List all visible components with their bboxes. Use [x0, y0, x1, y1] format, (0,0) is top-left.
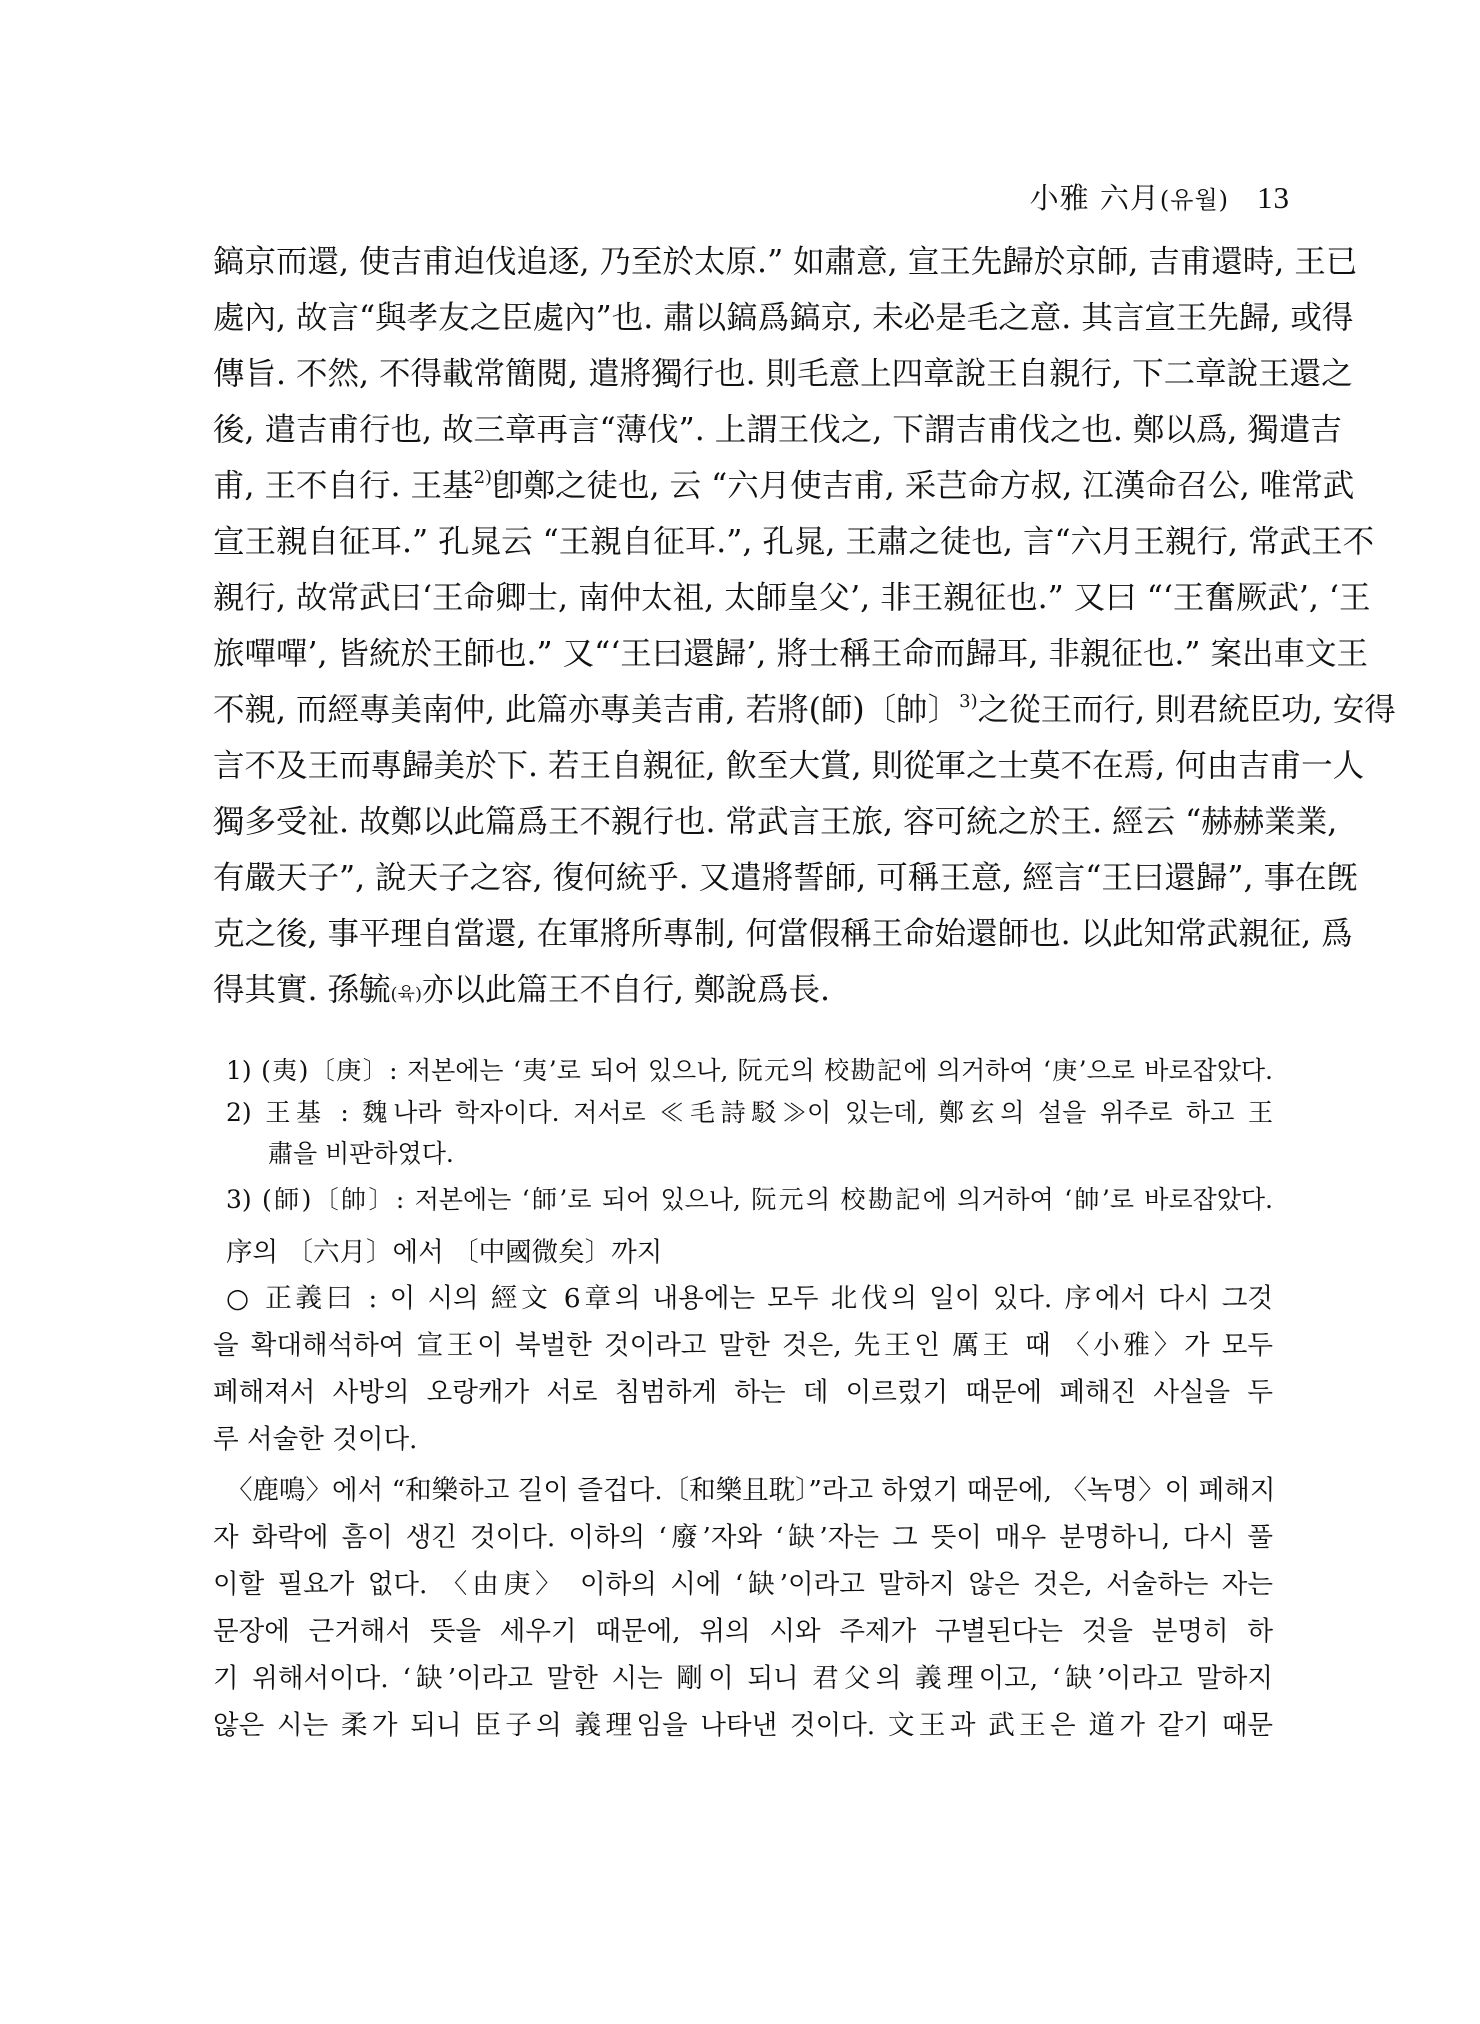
- text-segment: 之從王而行, 則君統臣功, 安得: [978, 692, 1396, 728]
- running-header: 小雅 六月(유월)13: [1030, 176, 1290, 217]
- footnote-ref-3[interactable]: 3): [959, 691, 977, 712]
- paragraph-1-line: 폐해져서 사방의 오랑캐가 서로 침범하게 하는 데 이르렀기 때문에 폐해진 …: [213, 1374, 1273, 1412]
- text-line: 鎬京而還, 使吉甫迫伐追逐, 乃至於太原.” 如肅意, 宣王先歸於京師, 吉甫還…: [213, 240, 1273, 284]
- header-title: 小雅 六月: [1030, 181, 1160, 215]
- footnote-ref-2[interactable]: 2): [474, 467, 492, 488]
- paragraph-2-line: 자 화락에 흠이 생긴 것이다. 이하의 ‘廢’자와 ‘缺’자는 그 뜻이 매우…: [213, 1519, 1273, 1557]
- pronunciation-gloss: (육): [391, 984, 422, 1005]
- paragraph-1-line: 루 서술한 것이다.: [213, 1421, 1273, 1459]
- footnote-marker: 1): [226, 1056, 252, 1085]
- footnote-marker: 3): [226, 1185, 252, 1214]
- text-line: 克之後, 事平理自當還, 在軍將所專制, 何當假稱王命始還師也. 以此知常武親征…: [213, 912, 1273, 956]
- text-line-last: 得其實. 孫毓(육)亦以此篇王不自行, 鄭說爲長.: [213, 968, 1273, 1012]
- text-line: 宣王親自征耳.” 孔晁云 “王親自征耳.”, 孔晁, 王肅之徒也, 言“六月王親…: [213, 520, 1273, 564]
- footnote-text: 王基 : 魏나라 학자이다. 저서로 ≪毛詩駁≫이 있는데, 鄭玄의 설을 위주…: [265, 1098, 1273, 1127]
- footnote-2: 2) 王基 : 魏나라 학자이다. 저서로 ≪毛詩駁≫이 있는데, 鄭玄의 설을…: [226, 1096, 1273, 1130]
- paragraph-2-line: 문장에 근거해서 뜻을 세우기 때문에, 위의 시와 주제가 구별된다는 것을 …: [213, 1613, 1273, 1651]
- paragraph-1-line: ○ 正義曰 : 이 시의 經文 6章의 내용에는 모두 北伐의 일이 있다. 序…: [226, 1280, 1273, 1318]
- text-line: 親行, 故常武曰‘王命卿士, 南仲太祖, 太師皇父’, 非王親征也.” 又曰 “…: [213, 576, 1273, 620]
- text-line-with-footnote: 甫, 王不自行. 王基2)卽鄭之徒也, 云 “六月使吉甫, 采芑命方叔, 江漢命…: [213, 464, 1273, 508]
- footnote-text: (師)〔帥〕: 저본에는 ‘師’로 되어 있으나, 阮元의 校勘記에 의거하여 …: [262, 1185, 1273, 1214]
- section-heading: 序의 〔六月〕에서 〔中國微矣〕까지: [226, 1234, 662, 1272]
- header-title-reading: (유월): [1160, 186, 1229, 214]
- text-line: 處內, 故言“與孝友之臣處內”也. 肅以鎬爲鎬京, 未必是毛之意. 其言宣王先歸…: [213, 296, 1273, 340]
- text-segment: 卽鄭之徒也, 云 “六月使吉甫, 采芑命方叔, 江漢命召公, 唯常武: [492, 468, 1354, 504]
- paragraph-2-line: 〈鹿鳴〉에서 “和樂하고 길이 즐겁다.〔和樂且耽〕”라고 하였기 때문에, 〈…: [226, 1472, 1273, 1510]
- text-segment: 不親, 而經專美南仲, 此篇亦專美吉甫, 若將(師)〔帥〕: [213, 692, 959, 728]
- footnote-1: 1) (夷)〔庚〕: 저본에는 ‘夷’로 되어 있으나, 阮元의 校勘記에 의거…: [226, 1054, 1273, 1088]
- text-segment: 亦以此篇王不自行, 鄭說爲長.: [422, 972, 830, 1008]
- text-line: 旅嘽嘽’, 皆統於王師也.” 又“‘王曰還歸’, 將士稱王命而歸耳, 非親征也.…: [213, 632, 1273, 676]
- footnote-marker: 2): [226, 1098, 252, 1127]
- paragraph-2-line: 않은 시는 柔가 되니 臣子의 義理임을 나타낸 것이다. 文王과 武王은 道가…: [213, 1707, 1273, 1745]
- paragraph-1-line: 을 확대해석하여 宣王이 북벌한 것이라고 말한 것은, 先王인 厲王 때 〈小…: [213, 1327, 1273, 1365]
- text-line: 傳旨. 不然, 不得載常簡閱, 遣將獨行也. 則毛意上四章說王自親行, 下二章說…: [213, 352, 1273, 396]
- text-segment: 甫, 王不自行. 王基: [213, 468, 474, 504]
- text-line: 有嚴天子”, 說天子之容, 復何統乎. 又遣將誓師, 可稱王意, 經言“王曰還歸…: [213, 856, 1273, 900]
- page-number: 13: [1257, 180, 1290, 215]
- footnote-2-continuation: 肅을 비판하였다.: [268, 1137, 1273, 1171]
- text-line-with-footnote: 不親, 而經專美南仲, 此篇亦專美吉甫, 若將(師)〔帥〕3)之從王而行, 則君…: [213, 688, 1273, 732]
- text-line: 言不及王而專歸美於下. 若王自親征, 飮至大賞, 則從軍之士莫不在焉, 何由吉甫…: [213, 744, 1273, 788]
- text-line: 獨多受祉. 故鄭以此篇爲王不親行也. 常武言王旅, 容可統之於王. 經云 “赫赫…: [213, 800, 1273, 844]
- text-line: 後, 遣吉甫行也, 故三章再言“薄伐”. 上謂王伐之, 下謂吉甫伐之也. 鄭以爲…: [213, 408, 1273, 452]
- footnote-3: 3) (師)〔帥〕: 저본에는 ‘師’로 되어 있으나, 阮元의 校勘記에 의거…: [226, 1183, 1273, 1217]
- text-segment: 得其實. 孫毓: [213, 972, 391, 1008]
- paragraph-2-line: 기 위해서이다. ‘缺’이라고 말한 시는 剛이 되니 君父의 義理이고, ‘缺…: [213, 1660, 1273, 1698]
- book-page: 小雅 六月(유월)13 鎬京而還, 使吉甫迫伐追逐, 乃至於太原.” 如肅意, …: [0, 0, 1480, 2024]
- paragraph-2-line: 이할 필요가 없다. 〈由庚〉 이하의 시에 ‘缺’이라고 말하지 않은 것은,…: [213, 1566, 1273, 1604]
- footnote-text: (夷)〔庚〕: 저본에는 ‘夷’로 되어 있으나, 阮元의 校勘記에 의거하여 …: [261, 1056, 1273, 1085]
